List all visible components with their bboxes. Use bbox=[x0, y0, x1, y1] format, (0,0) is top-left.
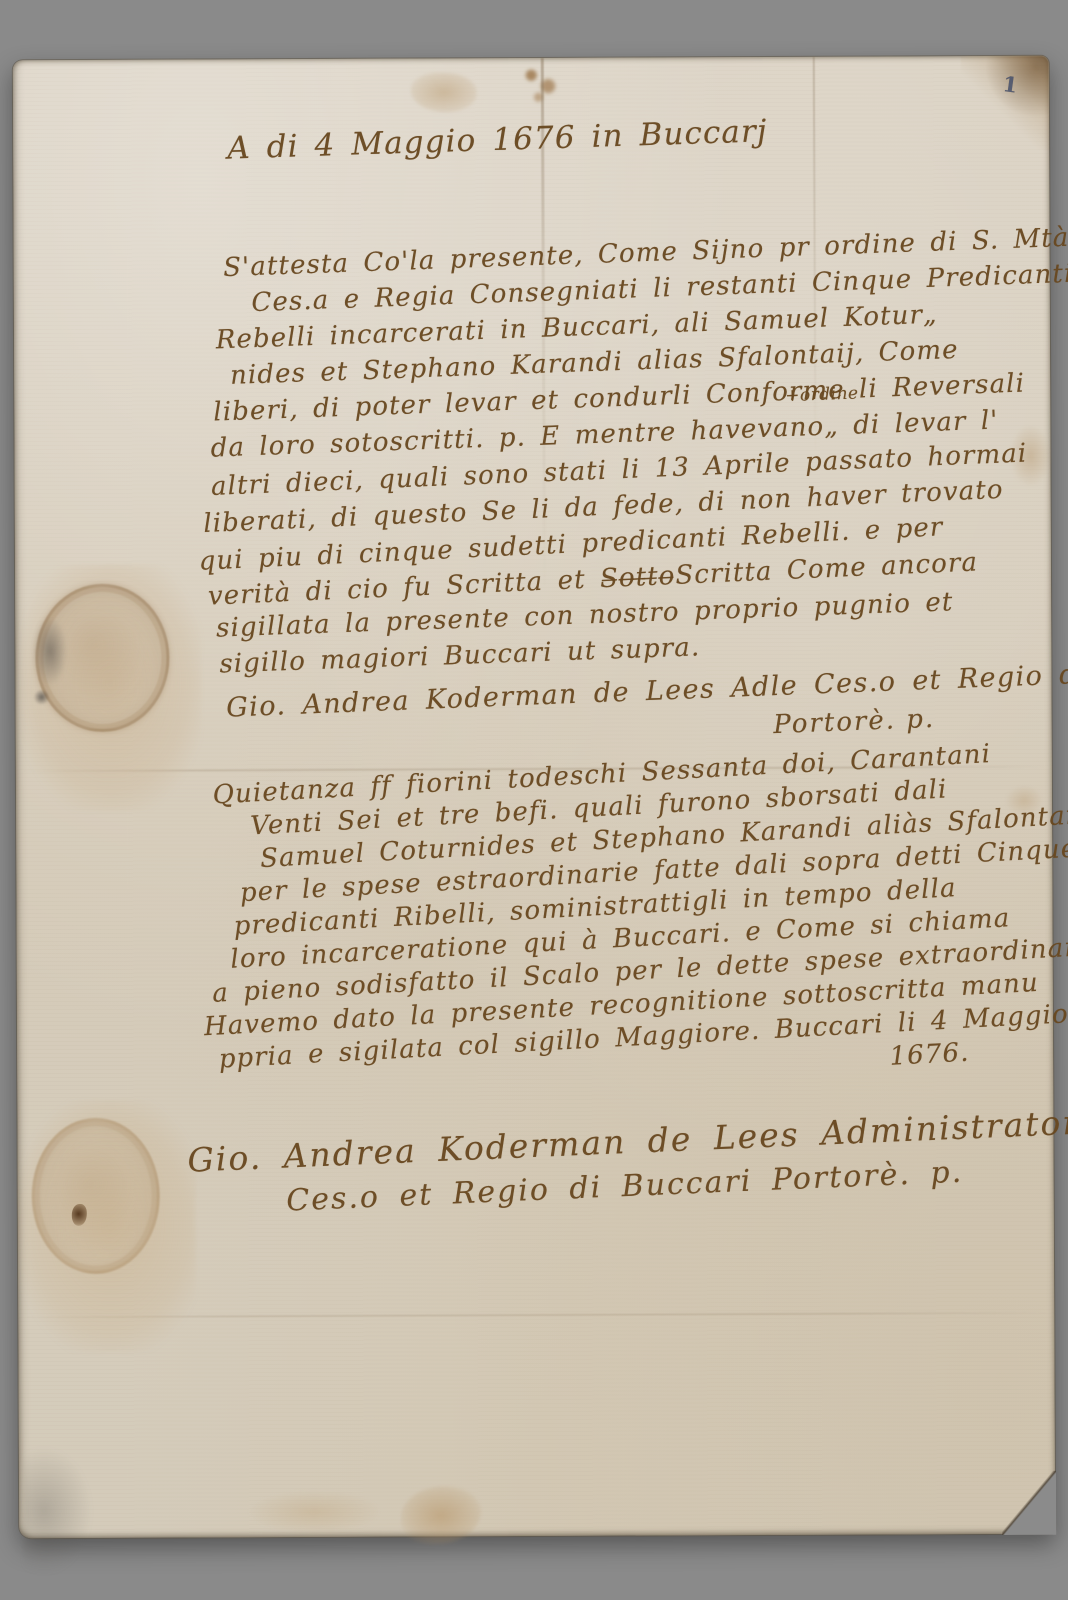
smudge-bottom-left bbox=[23, 1446, 94, 1576]
upper-seal-ink-dot bbox=[34, 690, 50, 704]
receipt-paragraph: Quietanza ff fiorini todeschi Sessanta d… bbox=[174, 734, 1068, 1111]
lower-seal-impression bbox=[31, 1118, 160, 1275]
folio-number: 1 bbox=[1001, 73, 1018, 97]
stain-bottom-faint bbox=[249, 1491, 379, 1534]
stain-top-left bbox=[411, 72, 477, 112]
corner-cut-bottom-right bbox=[1002, 1471, 1056, 1535]
corner-damage-top-right bbox=[961, 56, 1049, 150]
scanned-manuscript-view: { "folio": { "number": "1" }, "header": … bbox=[0, 0, 1068, 1600]
attestation-paragraph: S'attesta Co'la presente, Come Sijno pr … bbox=[184, 220, 1068, 683]
dateline: A di 4 Maggio 1676 in Buccarj bbox=[211, 113, 768, 167]
manuscript-page: 1 A di 4 Maggio 1676 in Buccarj S'attest… bbox=[13, 56, 1055, 1539]
upper-seal-smudge bbox=[33, 616, 67, 686]
stain-bottom bbox=[401, 1486, 481, 1544]
interlinear-insertion: +ordine bbox=[785, 384, 859, 405]
dateline-text: A di 4 Maggio 1676 in Buccarj bbox=[227, 113, 768, 166]
signature-block-2: Gio. Andrea Koderman de Lees Administrat… bbox=[167, 1098, 1068, 1228]
stain-top-crease bbox=[517, 62, 565, 106]
